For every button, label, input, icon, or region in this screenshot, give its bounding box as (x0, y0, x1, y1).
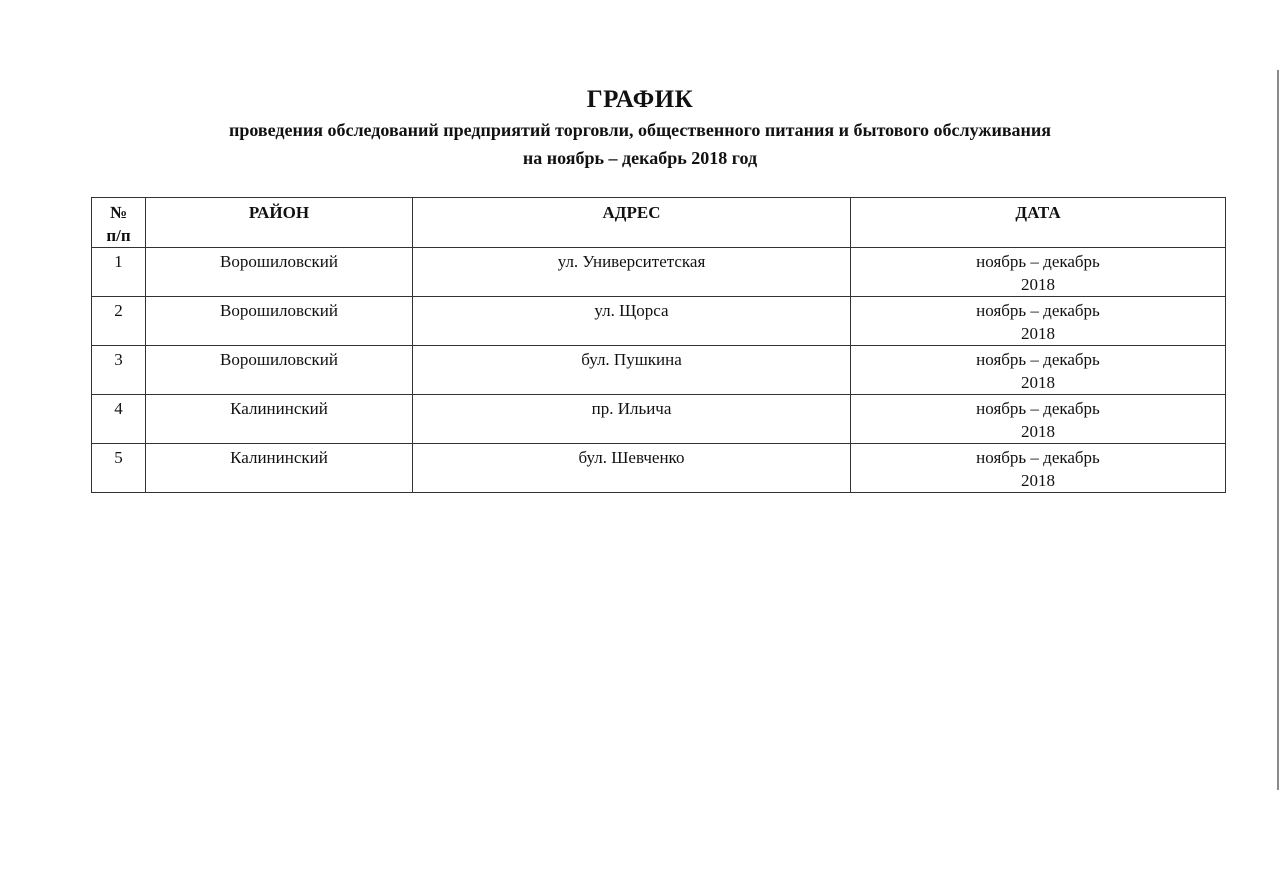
document-title: ГРАФИК (0, 86, 1280, 114)
cell-date-year: 2018 (855, 273, 1221, 296)
cell-number: 3 (92, 346, 146, 395)
cell-district: Калининский (146, 395, 413, 444)
cell-number: 4 (92, 395, 146, 444)
table-row: 4 Калининский пр. Ильича ноябрь – декабр… (92, 395, 1226, 444)
schedule-table: № п/п РАЙОН АДРЕС ДАТА 1 Ворошиловский у… (91, 197, 1226, 493)
cell-date-period: ноябрь – декабрь (855, 299, 1221, 322)
cell-address: бул. Пушкина (413, 346, 851, 395)
table-row: 1 Ворошиловский ул. Университетская нояб… (92, 248, 1226, 297)
document-period: на ноябрь – декабрь 2018 год (0, 148, 1280, 169)
table-header-row: № п/п РАЙОН АДРЕС ДАТА (92, 198, 1226, 248)
scan-edge-artifact (1277, 70, 1279, 790)
cell-date-year: 2018 (855, 469, 1221, 492)
cell-date-year: 2018 (855, 322, 1221, 345)
cell-date: ноябрь – декабрь 2018 (851, 248, 1226, 297)
cell-date-period: ноябрь – декабрь (855, 446, 1221, 469)
cell-date-year: 2018 (855, 371, 1221, 394)
document-subtitle: проведения обследований предприятий торг… (0, 120, 1280, 141)
cell-district: Ворошиловский (146, 297, 413, 346)
header-date: ДАТА (851, 198, 1226, 248)
cell-district: Калининский (146, 444, 413, 493)
cell-address: бул. Шевченко (413, 444, 851, 493)
header-number-line1: № (96, 201, 141, 224)
table-row: 3 Ворошиловский бул. Пушкина ноябрь – де… (92, 346, 1226, 395)
cell-address: ул. Щорса (413, 297, 851, 346)
cell-date: ноябрь – декабрь 2018 (851, 297, 1226, 346)
cell-date-year: 2018 (855, 420, 1221, 443)
cell-date-period: ноябрь – декабрь (855, 397, 1221, 420)
cell-number: 1 (92, 248, 146, 297)
cell-address: пр. Ильича (413, 395, 851, 444)
cell-date: ноябрь – декабрь 2018 (851, 395, 1226, 444)
header-number-line2: п/п (96, 224, 141, 247)
cell-address: ул. Университетская (413, 248, 851, 297)
cell-district: Ворошиловский (146, 248, 413, 297)
cell-district: Ворошиловский (146, 346, 413, 395)
table-row: 2 Ворошиловский ул. Щорса ноябрь – декаб… (92, 297, 1226, 346)
header-number: № п/п (92, 198, 146, 248)
header-address: АДРЕС (413, 198, 851, 248)
cell-number: 5 (92, 444, 146, 493)
header-district: РАЙОН (146, 198, 413, 248)
cell-date-period: ноябрь – декабрь (855, 250, 1221, 273)
cell-date-period: ноябрь – декабрь (855, 348, 1221, 371)
cell-date: ноябрь – декабрь 2018 (851, 346, 1226, 395)
cell-number: 2 (92, 297, 146, 346)
table-row: 5 Калининский бул. Шевченко ноябрь – дек… (92, 444, 1226, 493)
cell-date: ноябрь – декабрь 2018 (851, 444, 1226, 493)
